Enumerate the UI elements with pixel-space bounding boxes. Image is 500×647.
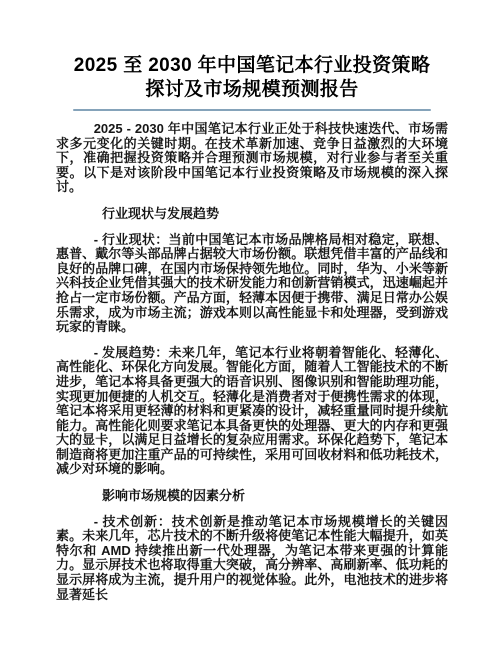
report-page: 2025 至 2030 年中国笔记本行业投资策略 探讨及市场规模预测报告 202… xyxy=(0,0,500,647)
report-title-line-2: 探讨及市场规模预测报告 xyxy=(56,78,448,102)
intro-paragraph: 2025 - 2030 年中国笔记本行业正处于科技快速迭代、市场需求多元变化的关… xyxy=(56,122,448,195)
report-body: 2025 - 2030 年中国笔记本行业正处于科技快速迭代、市场需求多元变化的关… xyxy=(56,122,448,602)
section-heading-market-size-factors: 影响市场规模的因素分析 xyxy=(56,489,448,504)
title-divider xyxy=(73,109,431,111)
report-title: 2025 至 2030 年中国笔记本行业投资策略 探讨及市场规模预测报告 xyxy=(56,54,448,102)
report-title-line-1: 2025 至 2030 年中国笔记本行业投资策略 xyxy=(56,54,448,78)
industry-status-paragraph: - 行业现状：当前中国笔记本市场品牌格局相对稳定，联想、惠普、戴尔等头部品牌占据… xyxy=(56,233,448,335)
section-heading-industry-status-trends: 行业现状与发展趋势 xyxy=(56,207,448,222)
development-trends-paragraph: - 发展趋势：未来几年，笔记本行业将朝着智能化、轻薄化、高性能化、环保化方向发展… xyxy=(56,346,448,477)
tech-innovation-paragraph: - 技术创新：技术创新是推动笔记本市场规模增长的关键因素。未来几年，芯片技术的不… xyxy=(56,515,448,603)
